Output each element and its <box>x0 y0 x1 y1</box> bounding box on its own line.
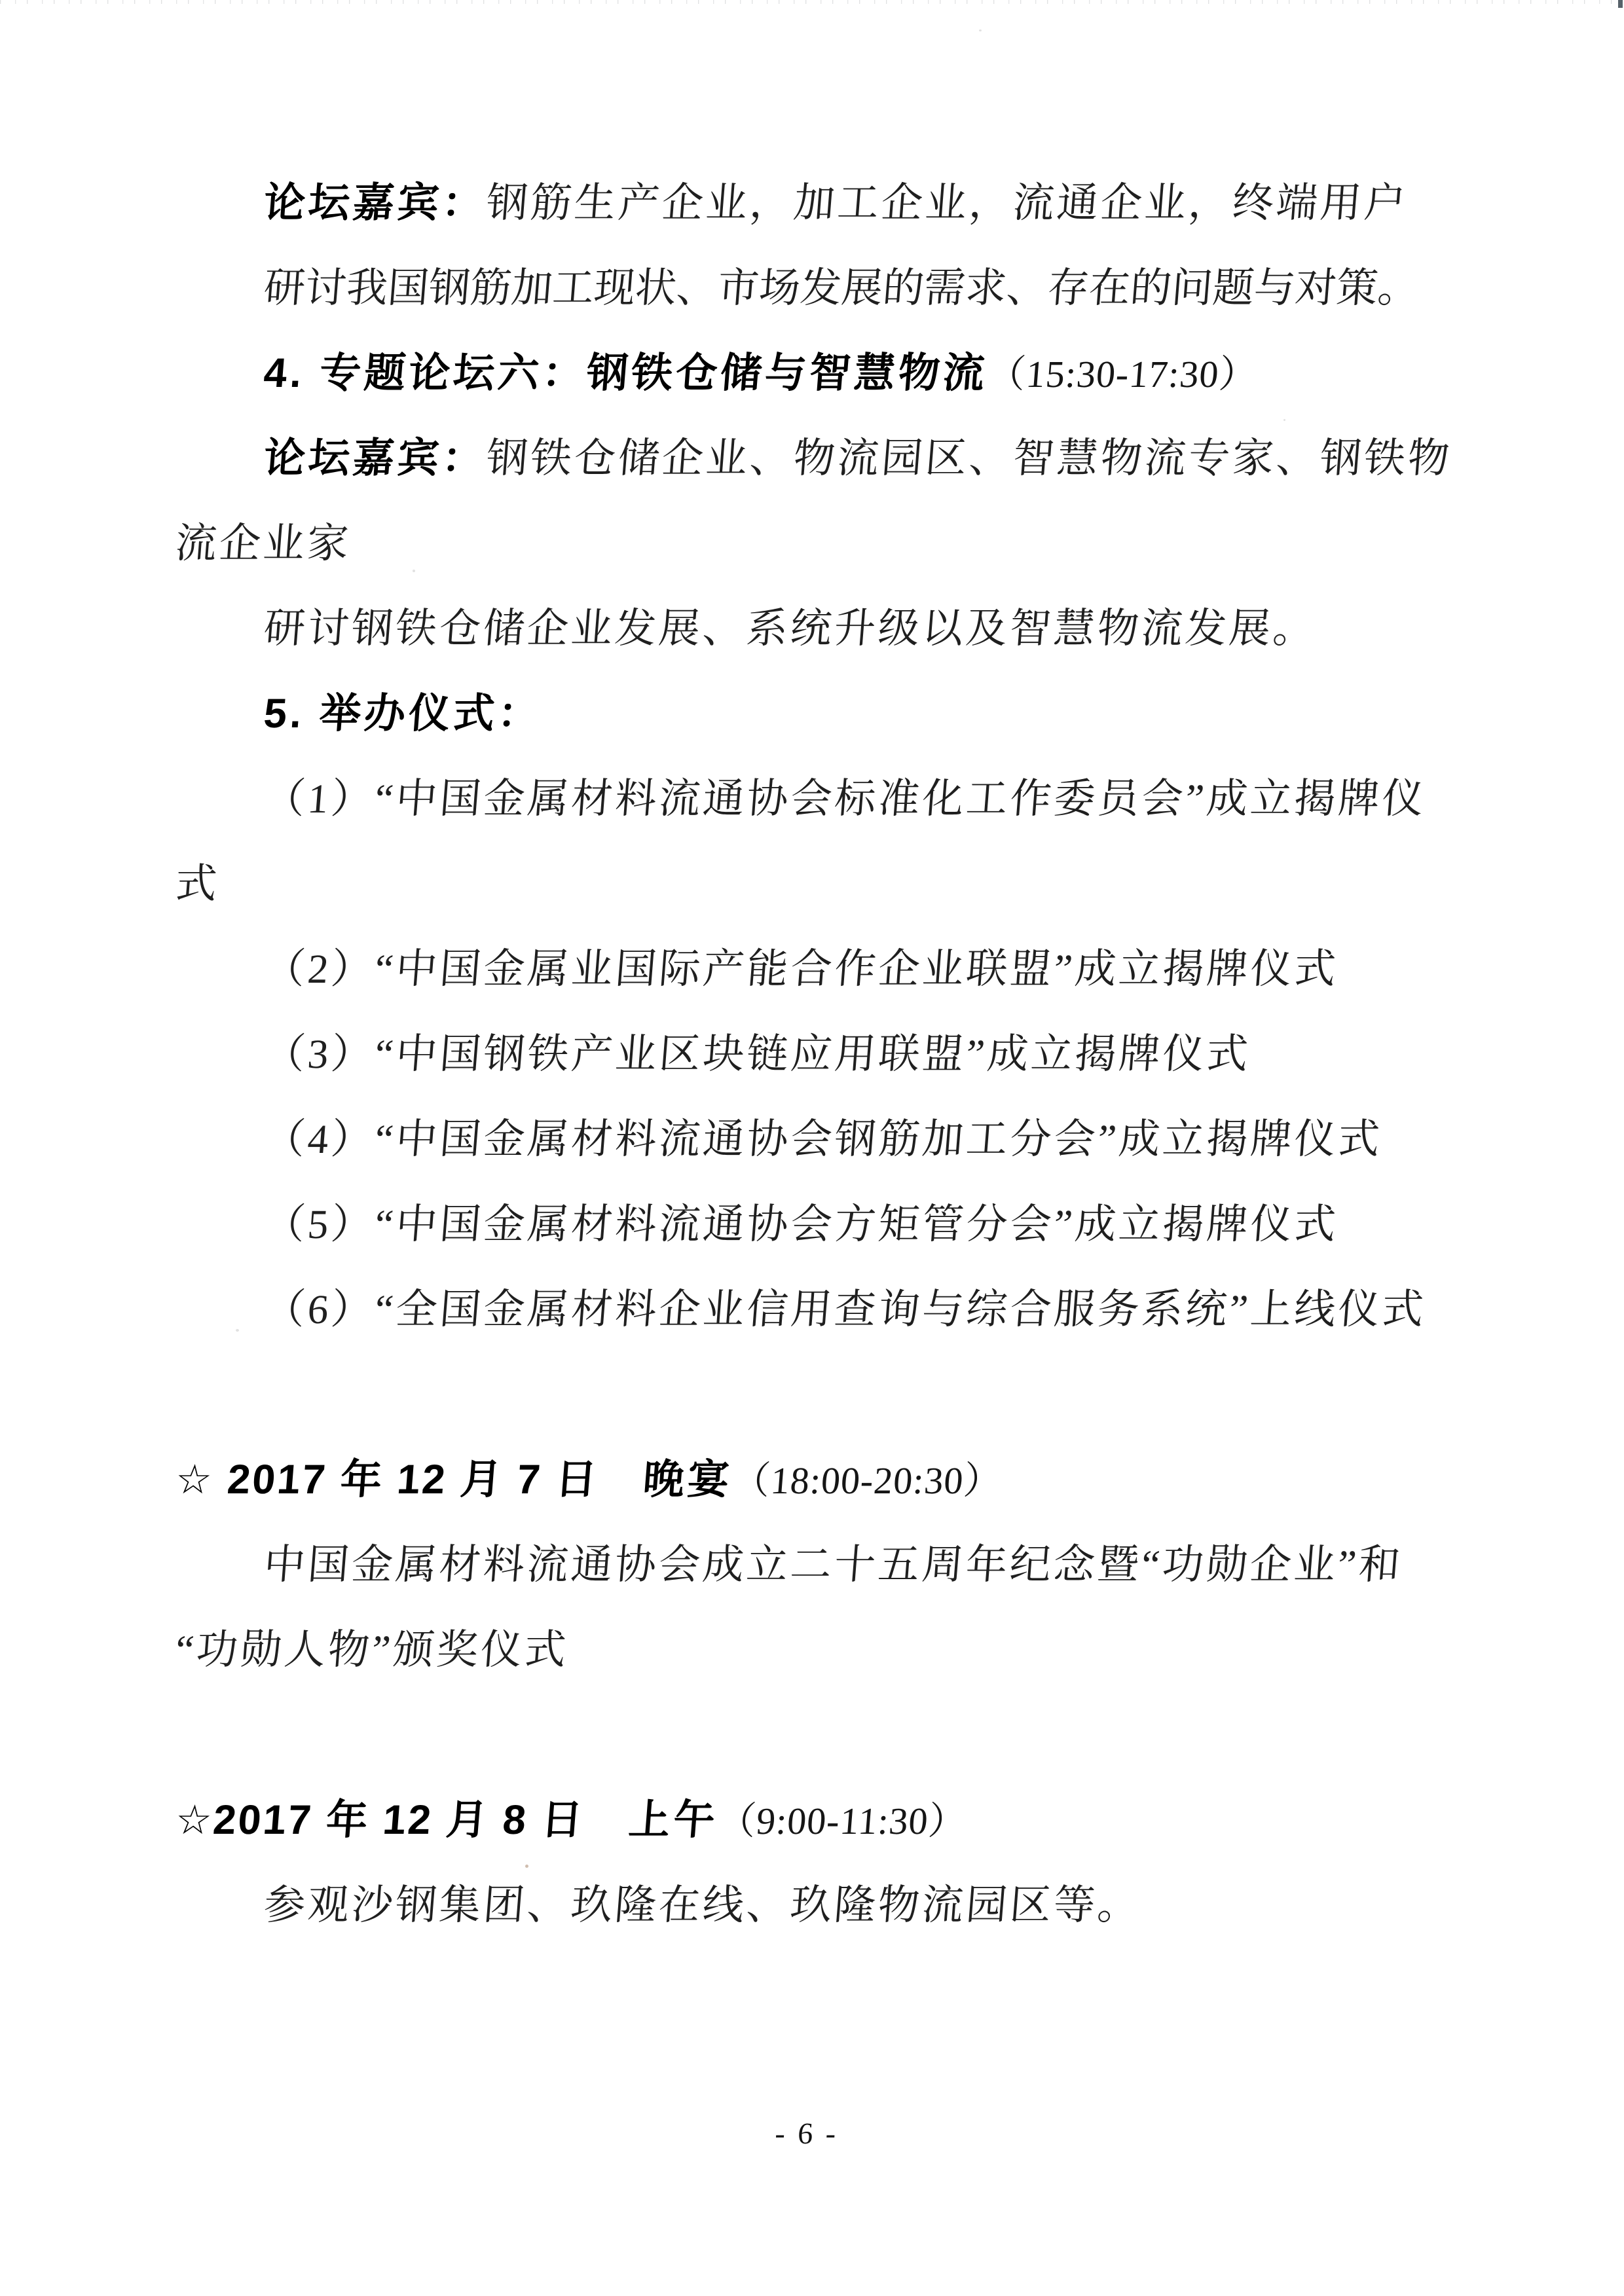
body-text: 研讨我国钢筋加工现状、市场发展的需求、存在的问题与对策。 <box>262 265 1421 311</box>
text-line: 5. 举办仪式： <box>172 671 1482 756</box>
text-line: （5）“中国金属材料流通协会方矩管分会”成立揭牌仪式 <box>172 1182 1482 1267</box>
time-text: （18:00-20:30） <box>730 1459 1004 1502</box>
body-text: “功勋人物”颁奖仪式 <box>174 1627 570 1673</box>
heading-text: 5. 举办仪式： <box>262 691 544 737</box>
text-line: （6）“全国金属材料企业信用查询与综合服务系统”上线仪式 <box>172 1267 1482 1352</box>
blank-line <box>172 1352 1482 1437</box>
body-text: 钢铁仓储企业、物流园区、智慧物流专家、钢铁物 <box>485 435 1454 481</box>
time-text: （15:30-17:30） <box>986 353 1259 395</box>
text-line: （1）“中国金属材料流通协会标准化工作委员会”成立揭牌仪 <box>172 756 1482 841</box>
heading-text: 论坛嘉宾： <box>262 180 489 226</box>
text-line: 流企业家 <box>172 501 1482 586</box>
body-text: 研讨钢铁仓储企业发展、系统升级以及智慧物流发展。 <box>262 606 1319 651</box>
text-line: （4）“中国金属材料流通协会钢筋加工分会”成立揭牌仪式 <box>172 1097 1482 1182</box>
text-line: 论坛嘉宾：钢铁仓储企业、物流园区、智慧物流专家、钢铁物 <box>172 416 1482 501</box>
heading-text: 论坛嘉宾： <box>262 435 489 481</box>
heading-text: 4. 专题论坛六：钢铁仓储与智慧物流 <box>262 350 989 396</box>
text-line: （2）“中国金属业国际产能合作企业联盟”成立揭牌仪式 <box>172 926 1482 1011</box>
body-text: （1）“中国金属材料流通协会标准化工作委员会”成立揭牌仪 <box>262 776 1428 822</box>
body-text: 流企业家 <box>174 520 353 566</box>
body-text: （4）“中国金属材料流通协会钢筋加工分会”成立揭牌仪式 <box>262 1116 1384 1162</box>
document-page: 论坛嘉宾：钢筋生产企业，加工企业，流通企业，终端用户研讨我国钢筋加工现状、市场发… <box>0 0 1624 2296</box>
text-line: ☆ 2017 年 12 月 7 日 晚宴（18:00-20:30） <box>172 1437 1482 1522</box>
body-text: （5）“中国金属材料流通协会方矩管分会”成立揭牌仪式 <box>262 1201 1340 1247</box>
text-line: 4. 专题论坛六：钢铁仓储与智慧物流（15:30-17:30） <box>172 331 1482 416</box>
text-line: 参观沙钢集团、玖隆在线、玖隆物流园区等。 <box>172 1863 1482 1948</box>
text-line: 式 <box>172 841 1482 926</box>
body-text: 钢筋生产企业，加工企业，流通企业，终端用户 <box>485 180 1410 226</box>
scan-corner-mark <box>1618 0 1623 8</box>
body-text: （3）“中国钢铁产业区块链应用联盟”成立揭牌仪式 <box>262 1031 1252 1077</box>
document-body: 论坛嘉宾：钢筋生产企业，加工企业，流通企业，终端用户研讨我国钢筋加工现状、市场发… <box>174 160 1477 1948</box>
page-number: - 6 - <box>0 2116 1620 2151</box>
body-text: 式 <box>174 861 221 907</box>
text-line: ☆2017 年 12 月 8 日 上午（9:00-11:30） <box>172 1777 1482 1863</box>
text-line: “功勋人物”颁奖仪式 <box>172 1607 1482 1692</box>
text-line: 论坛嘉宾：钢筋生产企业，加工企业，流通企业，终端用户 <box>172 160 1482 246</box>
body-text: 中国金属材料流通协会成立二十五周年纪念暨“功勋企业”和 <box>262 1542 1404 1588</box>
heading-text: 上午 <box>583 1797 720 1843</box>
text-line: 研讨钢铁仓储企业发展、系统升级以及智慧物流发展。 <box>172 586 1482 671</box>
heading-text: 晚宴 <box>597 1457 734 1503</box>
time-text: （9:00-11:30） <box>716 1800 969 1842</box>
body-text: （6）“全国金属材料企业信用查询与综合服务系统”上线仪式 <box>262 1286 1428 1332</box>
blank-line <box>172 1692 1482 1777</box>
date-text: 2017 年 12 月 8 日 <box>212 1797 586 1843</box>
date-text: 2017 年 12 月 7 日 <box>226 1457 600 1503</box>
star-icon: ☆ <box>174 1455 229 1503</box>
star-icon: ☆ <box>174 1796 215 1844</box>
scan-speck <box>979 29 982 31</box>
text-line: 研讨我国钢筋加工现状、市场发展的需求、存在的问题与对策。 <box>172 246 1482 331</box>
scan-noise-top <box>0 0 1624 4</box>
body-text: 参观沙钢集团、玖隆在线、玖隆物流园区等。 <box>262 1882 1143 1928</box>
body-text: （2）“中国金属业国际产能合作企业联盟”成立揭牌仪式 <box>262 946 1340 992</box>
text-line: 中国金属材料流通协会成立二十五周年纪念暨“功勋企业”和 <box>172 1522 1482 1607</box>
text-line: （3）“中国钢铁产业区块链应用联盟”成立揭牌仪式 <box>172 1011 1482 1097</box>
